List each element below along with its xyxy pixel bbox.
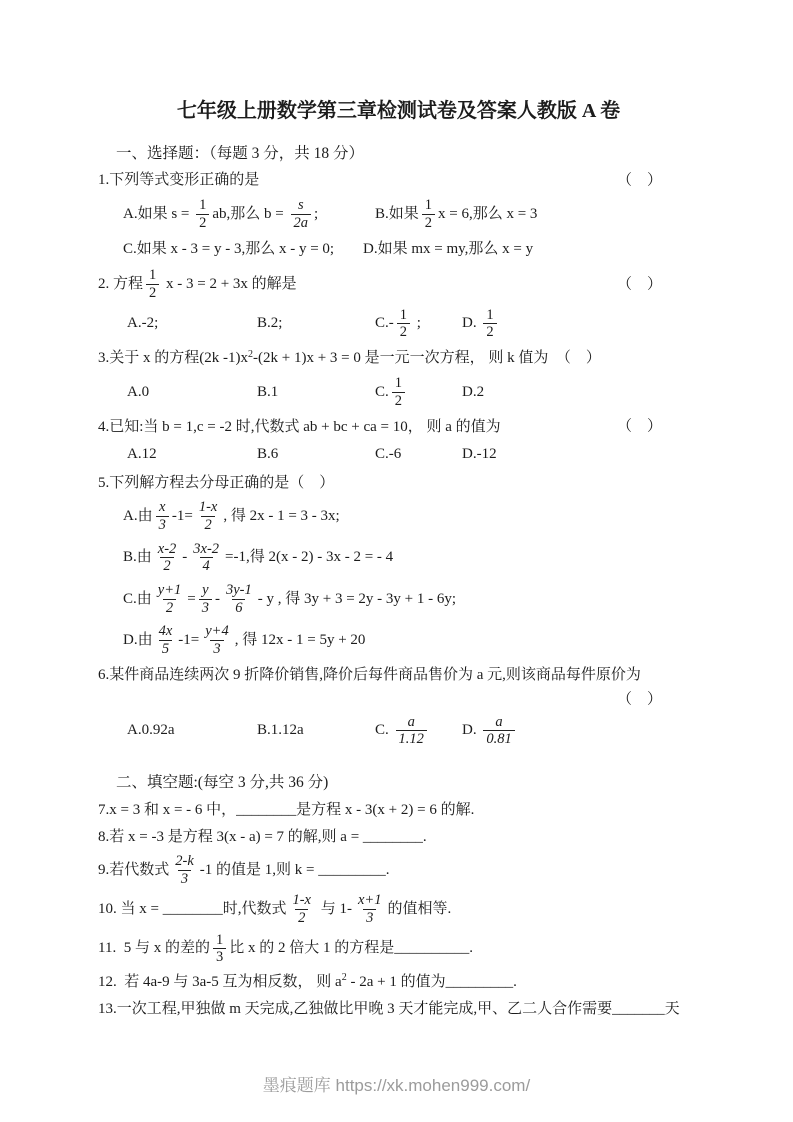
question-text: 1.下列等式变形正确的是 bbox=[98, 169, 259, 192]
question-4-stem: 4.已知:当 b = 1,c = -2 时,代数式 ab + bc + ca =… bbox=[90, 415, 707, 439]
fraction-numerator: 1 bbox=[146, 267, 159, 284]
fraction-numerator: x+1 bbox=[355, 892, 384, 909]
fraction: x-22 bbox=[155, 541, 180, 575]
question-text: 6.某件商品连续两次 9 折降价销售,降价后每件商品售价为 a 元,则该商品每件… bbox=[98, 664, 641, 687]
text-run: 12. 若 4a-9 与 3a-5 互为相反数， 则 a bbox=[98, 971, 342, 994]
option-c: C.-6 bbox=[375, 443, 462, 466]
option-c: C.-12 ; bbox=[375, 306, 462, 342]
text-run: 比 x 的 2 倍大 1 的方程是__________. bbox=[229, 937, 473, 960]
fraction: x+13 bbox=[355, 892, 384, 926]
text-run: C.如果 x - 3 = y - 3,那么 x - y = 0; bbox=[123, 238, 334, 261]
text-run: -1= bbox=[172, 505, 193, 528]
text-run: =-1,得 2(x - 2) - 3x - 2 = - 4 bbox=[225, 546, 393, 569]
text-run: 7.x = 3 和 x = - 6 中，________是方程 x - 3(x … bbox=[98, 799, 474, 822]
option-b: B.由x-22-3x-24=-1,得 2(x - 2) - 3x - 2 = -… bbox=[123, 540, 393, 576]
fraction: 4x5 bbox=[156, 623, 176, 657]
fraction-denominator: 2 bbox=[146, 284, 159, 302]
option-d: D. 12 bbox=[462, 306, 500, 342]
text-run: A.由 bbox=[123, 505, 153, 528]
fraction: 1-x2 bbox=[289, 892, 314, 926]
fraction-denominator: 3 bbox=[363, 909, 376, 927]
fraction-denominator: 2 bbox=[160, 557, 173, 575]
text-run: - y , 得 3y + 3 = 2y - 3y + 1 - 6y; bbox=[258, 588, 456, 611]
text-run: B.2; bbox=[257, 312, 282, 335]
fraction-numerator: 1 bbox=[213, 932, 226, 949]
option-a: A.0 bbox=[127, 381, 257, 404]
option-a: A.由x3-1=1-x2, 得 2x - 1 = 3 - 3x; bbox=[123, 498, 340, 534]
question-13: 13.一次工程,甲独做 m 天完成,乙独做比甲晚 3 天才能完成,甲、乙二人合作… bbox=[90, 997, 707, 1021]
option-b: B.如果12x = 6,那么 x = 3 bbox=[375, 196, 537, 232]
text-run: B.由 bbox=[123, 546, 152, 569]
text-run: ab,那么 b = bbox=[212, 203, 287, 226]
fraction: x3 bbox=[156, 499, 169, 533]
fraction-denominator: 2 bbox=[397, 323, 410, 341]
answer-blank-parentheses: （ ） bbox=[617, 273, 662, 296]
fraction: 1-x2 bbox=[196, 499, 221, 533]
text-run: 与 1- bbox=[317, 898, 352, 921]
question-text: 13.一次工程,甲独做 m 天完成,乙独做比甲晚 3 天才能完成,甲、乙二人合作… bbox=[98, 998, 680, 1021]
fraction: 3x-24 bbox=[190, 541, 222, 575]
text-run: D. bbox=[462, 312, 480, 335]
text-run: 1.下列等式变形正确的是 bbox=[98, 169, 259, 192]
text-run: - 2a + 1 的值为_________. bbox=[347, 971, 517, 994]
fraction-denominator: 2a bbox=[291, 214, 312, 232]
text-run: D.如果 mx = my,那么 x = y bbox=[363, 238, 533, 261]
superscript: 2 bbox=[342, 970, 347, 986]
question-text: 7.x = 3 和 x = - 6 中，________是方程 x - 3(x … bbox=[98, 799, 474, 822]
option-a: A.如果 s = 12ab,那么 b = s2a; bbox=[123, 196, 375, 232]
fraction: 12 bbox=[196, 197, 209, 231]
superscript: 2 bbox=[248, 347, 253, 363]
text-run: B.如果 bbox=[375, 203, 419, 226]
fraction-numerator: x-2 bbox=[155, 541, 180, 558]
fraction-denominator: 3 bbox=[178, 870, 191, 888]
question-text: 8.若 x = -3 是方程 3(x - a) = 7 的解,则 a = ___… bbox=[98, 826, 427, 849]
option-c: C.由y+12=y3-3y-16- y , 得 3y + 3 = 2y - 3y… bbox=[123, 581, 456, 617]
fraction-numerator: 3y-1 bbox=[223, 582, 255, 599]
fraction-numerator: y+1 bbox=[155, 582, 184, 599]
fraction: 12 bbox=[483, 307, 496, 341]
text-run: C.由 bbox=[123, 588, 152, 611]
text-run: D.2 bbox=[462, 381, 484, 404]
fraction-numerator: 1 bbox=[422, 197, 435, 214]
fraction-denominator: 2 bbox=[422, 214, 435, 232]
fraction-numerator: 4x bbox=[156, 623, 176, 640]
fraction-numerator: x bbox=[156, 499, 168, 516]
text-run: A.0.92a bbox=[127, 719, 175, 742]
text-run: 9.若代数式 bbox=[98, 859, 169, 882]
question-12: 12. 若 4a-9 与 3a-5 互为相反数， 则 a2 - 2a + 1 的… bbox=[90, 970, 707, 994]
question-text: 12. 若 4a-9 与 3a-5 互为相反数， 则 a2 - 2a + 1 的… bbox=[98, 971, 517, 994]
fraction-denominator: 6 bbox=[232, 599, 245, 617]
option-d: D.如果 mx = my,那么 x = y bbox=[363, 238, 533, 261]
text-run: B.6 bbox=[257, 443, 278, 466]
question-text: 3.关于 x 的方程(2k -1)x2-(2k + 1)x + 3 = 0 是一… bbox=[98, 347, 601, 370]
option-c: C.如果 x - 3 = y - 3,那么 x - y = 0; bbox=[123, 238, 363, 261]
text-run: B.1.12a bbox=[257, 719, 304, 742]
answer-blank-parentheses: （ ） bbox=[617, 688, 662, 711]
fraction-denominator: 1.12 bbox=[396, 730, 427, 748]
text-run: - bbox=[215, 588, 220, 611]
option-c: C. a1.12 bbox=[375, 713, 462, 749]
fraction-denominator: 3 bbox=[156, 516, 169, 534]
fraction-numerator: 1 bbox=[397, 307, 410, 324]
fraction-numerator: y bbox=[199, 582, 211, 599]
fraction-denominator: 3 bbox=[199, 599, 212, 617]
text-run: ; bbox=[314, 203, 318, 226]
text-run: C.-6 bbox=[375, 443, 401, 466]
fraction-numerator: s bbox=[295, 197, 307, 214]
fraction-denominator: 2 bbox=[483, 323, 496, 341]
option-b: B.1 bbox=[257, 381, 375, 404]
text-run: B.1 bbox=[257, 381, 278, 404]
text-run: -(2k + 1)x + 3 = 0 是一元一次方程， 则 k 值为 （ ） bbox=[253, 347, 601, 370]
text-run: C. bbox=[375, 381, 389, 404]
fraction-denominator: 5 bbox=[159, 640, 172, 658]
fraction-numerator: 1 bbox=[392, 375, 405, 392]
question-2-options: A.-2;B.2;C.-12 ;D. 12 bbox=[90, 306, 707, 342]
text-run: 10. 当 x = ________时,代数式 bbox=[98, 898, 286, 921]
fraction-denominator: 2 bbox=[392, 392, 405, 410]
option-b: B.2; bbox=[257, 312, 375, 335]
fraction-numerator: a bbox=[492, 714, 505, 731]
question-8: 8.若 x = -3 是方程 3(x - a) = 7 的解,则 a = ___… bbox=[90, 825, 707, 849]
text-run: , 得 2x - 1 = 3 - 3x; bbox=[223, 505, 339, 528]
fraction-numerator: 1-x bbox=[289, 892, 314, 909]
text-run: D. bbox=[462, 719, 480, 742]
text-run: 的值相等. bbox=[387, 898, 451, 921]
text-run: 13.一次工程,甲独做 m 天完成,乙独做比甲晚 3 天才能完成,甲、乙二人合作… bbox=[98, 998, 680, 1021]
fraction: 12 bbox=[392, 375, 405, 409]
fraction: y+43 bbox=[202, 623, 231, 657]
fraction: 3y-16 bbox=[223, 582, 255, 616]
fraction: s2a bbox=[291, 197, 312, 231]
question-text: 9.若代数式2-k3-1 的值是 1,则 k = _________. bbox=[98, 852, 390, 888]
fraction: a0.81 bbox=[483, 714, 514, 748]
text-run: C.- bbox=[375, 312, 394, 335]
text-run: 3.关于 x 的方程(2k -1)x bbox=[98, 347, 248, 370]
fraction-denominator: 0.81 bbox=[483, 730, 514, 748]
text-run: A.如果 s = bbox=[123, 203, 193, 226]
fraction: y3 bbox=[199, 582, 212, 616]
question-6-options: A.0.92aB.1.12aC. a1.12D. a0.81 bbox=[90, 713, 707, 749]
option-a: A.-2; bbox=[127, 312, 257, 335]
answer-blank-parentheses: （ ） bbox=[617, 169, 662, 192]
question-5-stem: 5.下列解方程去分母正确的是（ ） bbox=[90, 471, 707, 495]
fraction-numerator: 1 bbox=[196, 197, 209, 214]
text-run: 一、选择题：（每题 3 分，共 18 分） bbox=[116, 142, 364, 166]
text-run: A.12 bbox=[127, 443, 157, 466]
question-5-option-d: D.由4x5-1=y+43, 得 12x - 1 = 5y + 20 bbox=[90, 622, 707, 658]
fraction-denominator: 3 bbox=[213, 948, 226, 966]
question-2-stem: 2. 方程12 x - 3 = 2 + 3x 的解是（ ） bbox=[90, 266, 707, 302]
option-b: B.6 bbox=[257, 443, 375, 466]
fraction-numerator: 2-k bbox=[172, 853, 197, 870]
section-1-header: 一、选择题：（每题 3 分，共 18 分） bbox=[90, 142, 707, 166]
option-a: A.12 bbox=[127, 443, 257, 466]
text-run: ; bbox=[413, 312, 421, 335]
fraction-denominator: 4 bbox=[200, 557, 213, 575]
text-run: 5.下列解方程去分母正确的是（ ） bbox=[98, 472, 334, 495]
question-5-option-c: C.由y+12=y3-3y-16- y , 得 3y + 3 = 2y - 3y… bbox=[90, 581, 707, 617]
text-run: x - 3 = 2 + 3x 的解是 bbox=[162, 273, 296, 296]
fraction-numerator: a bbox=[405, 714, 418, 731]
text-run: -1 的值是 1,则 k = _________. bbox=[200, 859, 390, 882]
text-run: A.0 bbox=[127, 381, 149, 404]
text-run: , 得 12x - 1 = 5y + 20 bbox=[235, 629, 366, 652]
fraction: 13 bbox=[213, 932, 226, 966]
fraction-denominator: 3 bbox=[210, 640, 223, 658]
fraction: y+12 bbox=[155, 582, 184, 616]
fraction: 12 bbox=[146, 267, 159, 301]
text-run: 11. 5 与 x 的差的 bbox=[98, 937, 210, 960]
fraction-denominator: 2 bbox=[196, 214, 209, 232]
question-text: 11. 5 与 x 的差的13比 x 的 2 倍大 1 的方程是________… bbox=[98, 931, 473, 967]
text-run: 6.某件商品连续两次 9 折降价销售,降价后每件商品售价为 a 元,则该商品每件… bbox=[98, 664, 641, 687]
fraction-numerator: 1 bbox=[483, 307, 496, 324]
section-2-label: 二、填空题:(每空 3 分,共 36 分) bbox=[116, 771, 328, 795]
text-run: A.-2; bbox=[127, 312, 158, 335]
question-text: 10. 当 x = ________时,代数式1-x2 与 1-x+13的值相等… bbox=[98, 891, 451, 927]
text-run: D.由 bbox=[123, 629, 153, 652]
fraction-numerator: 3x-2 bbox=[190, 541, 222, 558]
section-2-header: 二、填空题:(每空 3 分,共 36 分) bbox=[90, 771, 707, 795]
text-run: - bbox=[182, 546, 187, 569]
question-text: 5.下列解方程去分母正确的是（ ） bbox=[98, 472, 334, 495]
option-d: D.-12 bbox=[462, 443, 497, 466]
exam-title: 七年级上册数学第三章检测试卷及答案人教版 A 卷 bbox=[90, 96, 707, 126]
option-d: D.2 bbox=[462, 381, 484, 404]
exam-paper-page: 七年级上册数学第三章检测试卷及答案人教版 A 卷 一、选择题：（每题 3 分，共… bbox=[0, 0, 793, 1122]
option-c: C.12 bbox=[375, 374, 462, 410]
text-run: 二、填空题:(每空 3 分,共 36 分) bbox=[116, 771, 328, 795]
option-b: B.1.12a bbox=[257, 719, 375, 742]
exam-content: 七年级上册数学第三章检测试卷及答案人教版 A 卷 一、选择题：（每题 3 分，共… bbox=[0, 0, 793, 1021]
text-run: C. bbox=[375, 719, 393, 742]
section-1-label: 一、选择题：（每题 3 分，共 18 分） bbox=[116, 142, 364, 166]
fraction: 12 bbox=[422, 197, 435, 231]
text-run: -1= bbox=[178, 629, 199, 652]
answer-blank-parentheses: （ ） bbox=[617, 416, 662, 439]
question-1-options-ab: A.如果 s = 12ab,那么 b = s2a;B.如果12x = 6,那么 … bbox=[90, 196, 707, 232]
question-6-paren-line: （ ） bbox=[90, 690, 707, 710]
question-text: 2. 方程12 x - 3 = 2 + 3x 的解是 bbox=[98, 266, 297, 302]
fraction-numerator: 1-x bbox=[196, 499, 221, 516]
question-7: 7.x = 3 和 x = - 6 中，________是方程 x - 3(x … bbox=[90, 798, 707, 822]
watermark-footer: 墨痕题库 https://xk.mohen999.com/ bbox=[0, 1071, 793, 1096]
text-run: D.-12 bbox=[462, 443, 497, 466]
text-run: = bbox=[187, 588, 195, 611]
question-1-stem: 1.下列等式变形正确的是（ ） bbox=[90, 169, 707, 193]
question-11: 11. 5 与 x 的差的13比 x 的 2 倍大 1 的方程是________… bbox=[90, 931, 707, 967]
question-5-option-b: B.由x-22-3x-24=-1,得 2(x - 2) - 3x - 2 = -… bbox=[90, 540, 707, 576]
question-1-options-cd: C.如果 x - 3 = y - 3,那么 x - y = 0;D.如果 mx … bbox=[90, 237, 707, 261]
fraction: 2-k3 bbox=[172, 853, 197, 887]
fraction: 12 bbox=[397, 307, 410, 341]
question-text: 4.已知:当 b = 1,c = -2 时,代数式 ab + bc + ca =… bbox=[98, 416, 501, 439]
fraction-numerator: y+4 bbox=[202, 623, 231, 640]
text-run: 4.已知:当 b = 1,c = -2 时,代数式 ab + bc + ca =… bbox=[98, 416, 501, 439]
question-3-stem: 3.关于 x 的方程(2k -1)x2-(2k + 1)x + 3 = 0 是一… bbox=[90, 347, 707, 371]
text-run: x = 6,那么 x = 3 bbox=[438, 203, 537, 226]
question-10: 10. 当 x = ________时,代数式1-x2 与 1-x+13的值相等… bbox=[90, 891, 707, 927]
fraction-denominator: 2 bbox=[163, 599, 176, 617]
text-run: 2. 方程 bbox=[98, 273, 143, 296]
fraction-denominator: 2 bbox=[201, 516, 214, 534]
question-3-options: A.0B.1C.12D.2 bbox=[90, 374, 707, 410]
question-rows: 一、选择题：（每题 3 分，共 18 分）1.下列等式变形正确的是（ ）A.如果… bbox=[90, 142, 707, 1021]
text-run: 8.若 x = -3 是方程 3(x - a) = 7 的解,则 a = ___… bbox=[98, 826, 427, 849]
option-d: D. a0.81 bbox=[462, 713, 518, 749]
question-5-option-a: A.由x3-1=1-x2, 得 2x - 1 = 3 - 3x; bbox=[90, 498, 707, 534]
question-9: 9.若代数式2-k3-1 的值是 1,则 k = _________. bbox=[90, 852, 707, 888]
fraction: a1.12 bbox=[396, 714, 427, 748]
option-d: D.由4x5-1=y+43, 得 12x - 1 = 5y + 20 bbox=[123, 622, 365, 658]
question-6-stem: 6.某件商品连续两次 9 折降价销售,降价后每件商品售价为 a 元,则该商品每件… bbox=[90, 664, 707, 688]
question-4-options: A.12B.6C.-6D.-12 bbox=[90, 442, 707, 466]
fraction-denominator: 2 bbox=[295, 909, 308, 927]
option-a: A.0.92a bbox=[127, 719, 257, 742]
